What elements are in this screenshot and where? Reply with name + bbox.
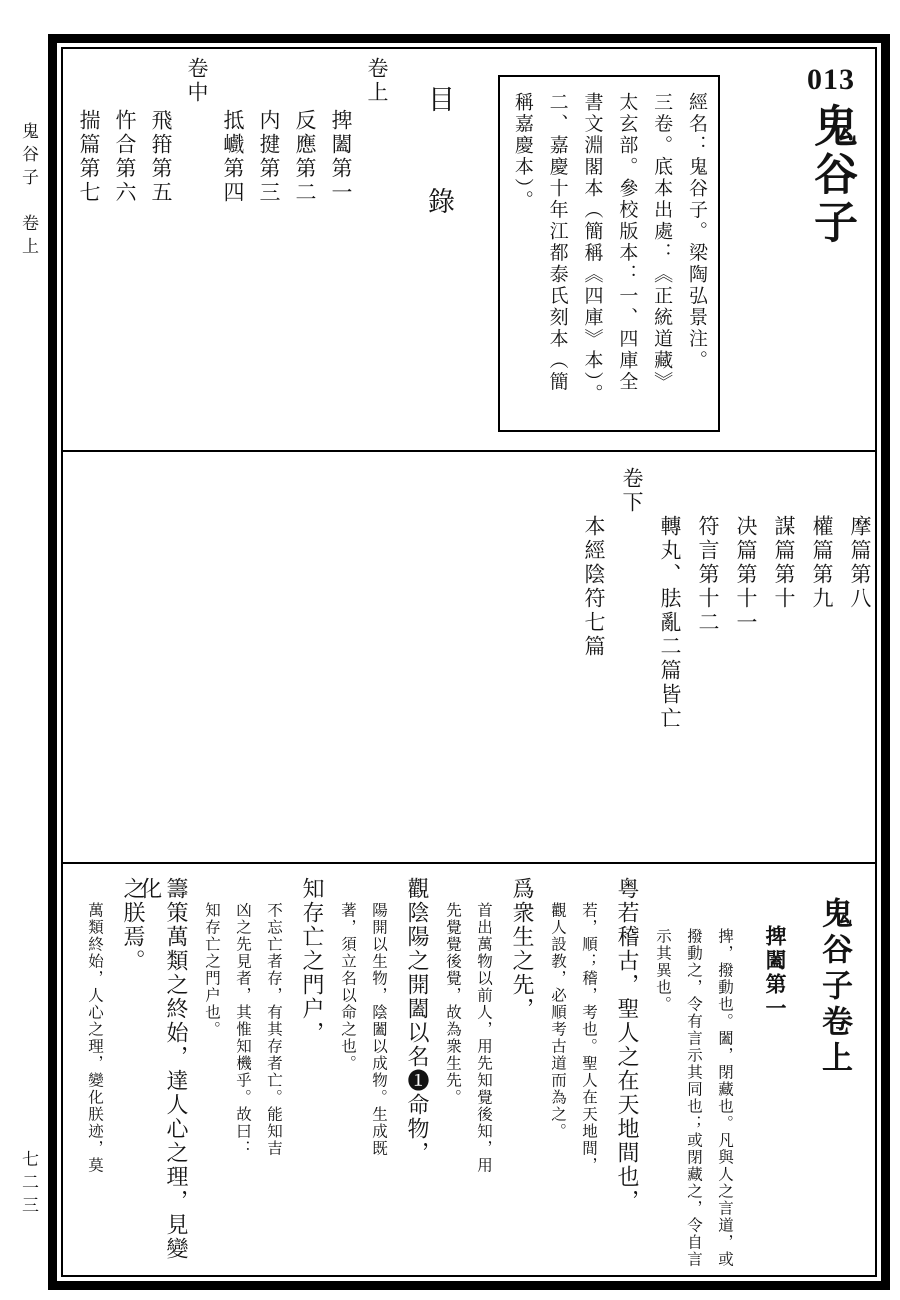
- toc-item: 抵巇第四: [219, 109, 246, 205]
- toc-item: 飛箝第五: [147, 109, 174, 205]
- page-frame: 013 鬼谷子 經名：鬼谷子。梁陶弘景注。 三卷。底本出處：《正統道藏》 太玄部…: [48, 34, 890, 1290]
- toc-volume-label-upper: 卷上: [363, 57, 390, 105]
- toc-item: 决篇第十一: [732, 515, 759, 635]
- toc-item: 揣篇第七: [75, 109, 102, 205]
- main-text-column: 爲衆生之先，: [502, 877, 535, 1021]
- header-title-block: 013 鬼谷子: [799, 63, 863, 247]
- toc-volume-label-lower: 卷下: [618, 467, 645, 515]
- toc-item: 符言第十二: [694, 515, 721, 635]
- body-text: 鬼谷子卷上 捭闔第一 捭，撥動也。闔，閉藏也。凡與人之言道，或 撥動之，令有言示…: [82, 865, 853, 1273]
- section-divider-top: [63, 450, 875, 452]
- main-text-column: 觀陰陽之開闔以名❶命物，: [397, 877, 430, 1165]
- commentary-column: 若，順；稽，考也。聖人在天地間，: [576, 902, 597, 1174]
- commentary-column: 陽開以生物，陰闔以成物。生成既: [366, 902, 387, 1157]
- toc-item: 内揵第三: [255, 109, 282, 205]
- commentary-column: 撥動之，令有言示其同也；或閉藏之，令自言: [681, 928, 702, 1268]
- commentary-column: 示其異也。: [650, 928, 671, 1013]
- commentary-column: 知存亡之門户也。: [199, 902, 220, 1038]
- commentary-column: 首出萬物以前人，用先知覺後知，用: [471, 902, 492, 1174]
- section-heading: 捭闔第一: [753, 925, 787, 1021]
- main-text-column: 粤若稽古，聖人之在天地間也，: [607, 877, 640, 1213]
- commentary-column: 觀人設教，必順考古道而為之。: [545, 902, 566, 1140]
- edition-note-column: 書文淵閣本（簡稱《四庫》本）。: [581, 92, 603, 415]
- page-frame-inner: 013 鬼谷子 經名：鬼谷子。梁陶弘景注。 三卷。底本出處：《正統道藏》 太玄部…: [61, 47, 877, 1277]
- edition-note-column: 太玄部。參校版本：一、四庫全: [615, 92, 637, 415]
- main-text-column: 知存亡之門户，: [292, 877, 325, 1045]
- toc-item: 謀篇第十: [770, 515, 797, 611]
- edition-note-column: 三卷。底本出處：《正統道藏》: [650, 92, 672, 415]
- edition-note-column: 稱嘉慶本）。: [511, 92, 533, 415]
- edition-note-column: 經名：鬼谷子。梁陶弘景注。: [685, 92, 707, 415]
- folio-page-number: 七二三: [16, 1150, 41, 1219]
- chapter-title: 鬼谷子卷上: [811, 897, 853, 1077]
- commentary-column: 著，須立名以命之也。: [335, 902, 356, 1072]
- section-divider-bottom: [63, 862, 875, 864]
- toc-item: 摩篇第八: [846, 515, 873, 611]
- toc-item: 忤合第六: [111, 109, 138, 205]
- commentary-column: 不忘亡者存，有其存者亡。能知吉: [261, 902, 282, 1157]
- book-title: 鬼谷子: [799, 103, 863, 247]
- edition-note-column: 二、嘉慶十年江都泰氏刻本（簡: [546, 92, 568, 415]
- volume-number: 013: [799, 63, 863, 97]
- commentary-column: 萬類終始，人心之理，變化朕迹，莫: [82, 902, 103, 1174]
- toc-item: 本經陰符七篇: [580, 515, 607, 659]
- spine-caption: 鬼谷子 卷上: [16, 122, 41, 260]
- toc-title: 目 錄: [420, 85, 459, 238]
- toc-item: 權篇第九: [808, 515, 835, 611]
- main-text-column: 籌策萬類之終始，達人心之理，見變化: [156, 877, 189, 1273]
- toc-list-continued: 摩篇第八 權篇第九 謀篇第十 决篇第十一 符言第十二 轉丸、胠亂二篇皆亡 卷下 …: [580, 467, 873, 857]
- commentary-column: 捭，撥動也。闔，閉藏也。凡與人之言道，或: [712, 928, 733, 1268]
- toc-item: 捭闔第一: [327, 109, 354, 205]
- toc-list: 卷上 捭闔第一 反應第二 内揵第三 抵巇第四 卷中 飛箝第五 忤合第六 揣篇第七: [75, 57, 390, 447]
- commentary-column: 凶之先見者，其惟知機乎。故曰：: [230, 902, 251, 1157]
- edition-note-box: 經名：鬼谷子。梁陶弘景注。 三卷。底本出處：《正統道藏》 太玄部。參校版本：一、…: [498, 75, 720, 432]
- toc-volume-label-middle: 卷中: [183, 57, 210, 105]
- commentary-column: 先覺覺後覺，故為衆生先。: [440, 902, 461, 1106]
- toc-item: 轉丸、胠亂二篇皆亡: [656, 515, 683, 731]
- toc-item: 反應第二: [291, 109, 318, 205]
